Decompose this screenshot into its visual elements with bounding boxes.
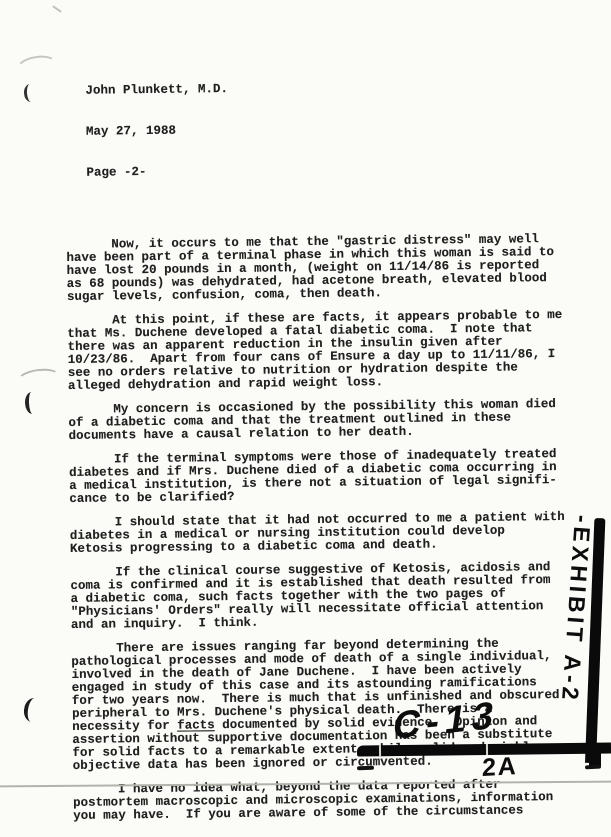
scanned-letter-page: John Plunkett, M.D. May 27, 1988 Page -2… [0,0,611,837]
paragraph: Now, it occurs to me that the "gastric d… [66,232,587,303]
scan-artifact-tick [52,5,61,12]
binder-paren-mark-top [23,84,37,103]
marker-bar-gap [379,745,381,756]
letter-body: Now, it occurs to me that the "gastric d… [66,232,593,822]
pen-dash-left [357,766,374,771]
paragraph: At this point, if these are facts, it ap… [67,308,588,392]
binder-arc-mark-top [15,53,60,81]
header-author: John Plunkett, M.D. [85,78,584,98]
binder-paren-mark-bottom [22,697,44,724]
binder-arc-mark-middle [16,366,62,391]
pen-dash-right [585,765,601,770]
header-page-number: Page -2- [86,161,585,181]
letter-text-block: John Plunkett, M.D. May 27, 1988 Page -2… [64,51,593,834]
paragraph: If the clinical course suggestive of Ket… [70,560,591,631]
paragraph: My concern is occasioned by the possibil… [68,397,588,442]
header-date: May 27, 1988 [86,120,585,140]
binder-paren-mark-middle [24,392,39,415]
page-mark-handwriting: 2A [482,752,518,783]
paragraph: If the terminal symptoms were those of i… [69,447,590,505]
letter-header: John Plunkett, M.D. May 27, 1988 Page -2… [85,51,586,209]
underlined-word: facts [177,718,215,732]
paragraph: I should state that it had not occurred … [70,510,590,555]
